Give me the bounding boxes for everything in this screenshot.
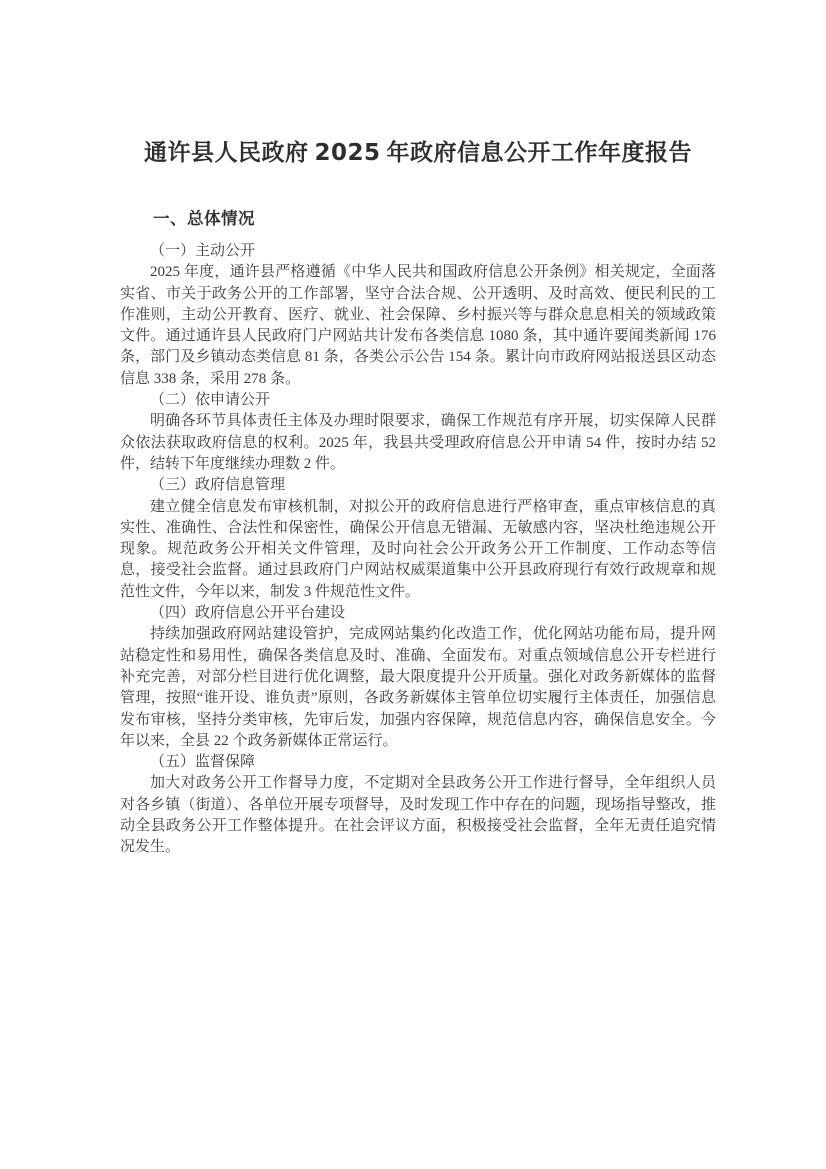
subsection-label: （三）政府信息管理 [120, 475, 716, 496]
title-year: 2025 [314, 140, 380, 166]
subsection-label: （四）政府信息公开平台建设 [120, 603, 716, 624]
subsection-body: 明确各环节具体责任主体及办理时限要求，确保工作规范有序开展，切实保障人民群众依法… [120, 411, 716, 475]
subsection-body: 加大对政务公开工作督导力度，不定期对全县政务公开工作进行督导，全年组织人员对各乡… [120, 773, 716, 858]
subsection-body: 持续加强政府网站建设管护，完成网站集约化改造工作，优化网站功能布局，提升网站稳定… [120, 624, 716, 752]
subsection-label: （一）主动公开 [120, 241, 716, 262]
subsection-label: （五）监督保障 [120, 752, 716, 773]
section-heading: 一、总体情况 [120, 206, 716, 231]
document-page: 通许县人民政府2025年政府信息公开工作年度报告 一、总体情况 （一）主动公开 … [0, 0, 826, 1169]
title-prefix: 通许县人民政府 [144, 140, 309, 165]
document-content: 通许县人民政府2025年政府信息公开工作年度报告 一、总体情况 （一）主动公开 … [120, 136, 716, 859]
subsection-label: （二）依申请公开 [120, 390, 716, 411]
document-title: 通许县人民政府2025年政府信息公开工作年度报告 [120, 136, 716, 170]
subsection-body: 2025 年度，通许县严格遵循《中华人民共和国政府信息公开条例》相关规定，全面落… [120, 262, 716, 390]
subsection-body: 建立健全信息发布审核机制，对拟公开的政府信息进行严格审查，重点审核信息的真实性、… [120, 497, 716, 603]
title-suffix: 年政府信息公开工作年度报告 [387, 140, 693, 165]
